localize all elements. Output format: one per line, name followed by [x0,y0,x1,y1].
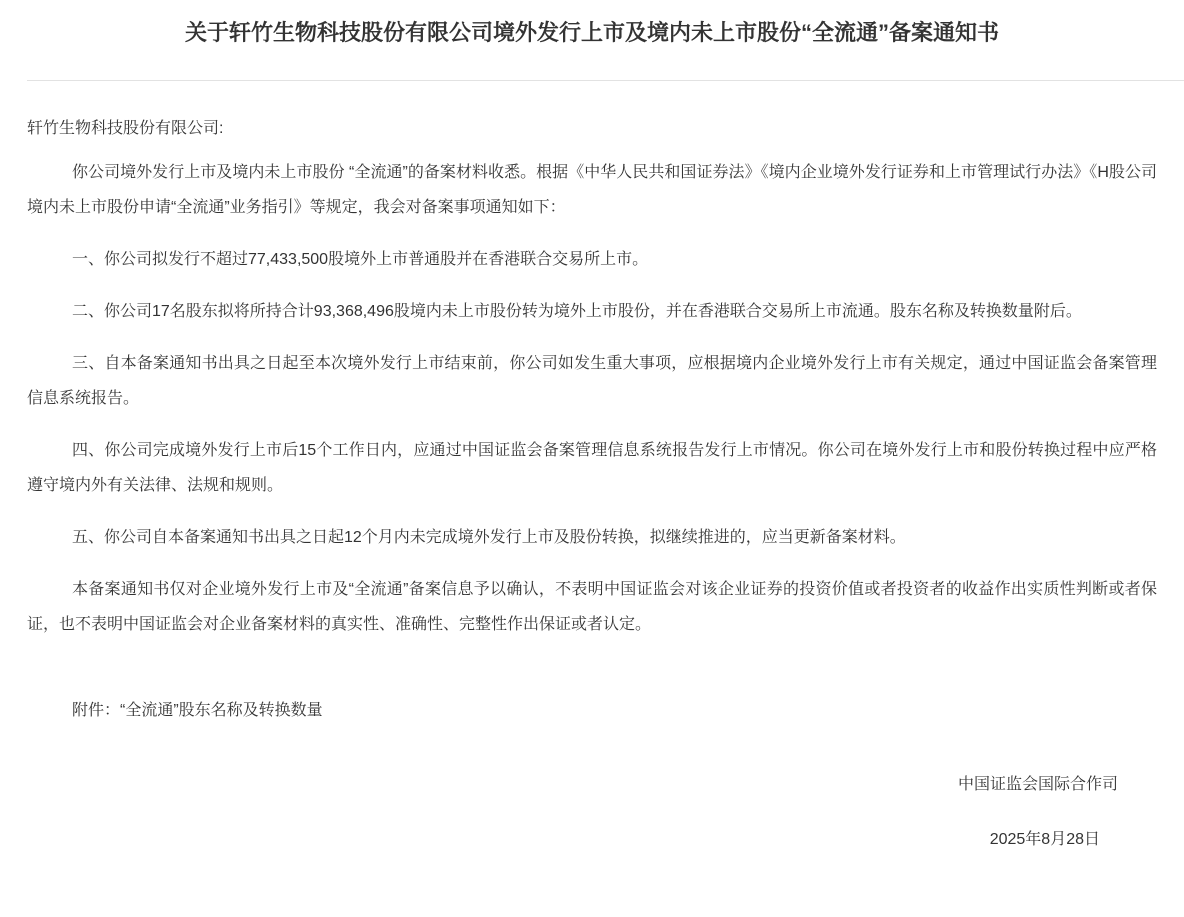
issue-date: 2025年8月28日 [27,822,1100,857]
item-5-paragraph: 五、你公司自本备案通知书出具之日起12个月内未完成境外发行上市及股份转换，拟继续… [27,520,1157,555]
document-body: 轩竹生物科技股份有限公司: 你公司境外发行上市及境内未上市股份 “全流通”的备案… [0,81,1184,857]
closing-paragraph: 本备案通知书仅对企业境外发行上市及“全流通”备案信息予以确认，不表明中国证监会对… [27,572,1157,642]
notice-document: 关于轩竹生物科技股份有限公司境外发行上市及境内未上市股份“全流通”备案通知书 轩… [0,0,1184,917]
attachment-note: 附件：“全流通”股东名称及转换数量 [27,693,1157,728]
addressee-line: 轩竹生物科技股份有限公司: [27,111,1157,146]
item-3-paragraph: 三、自本备案通知书出具之日起至本次境外发行上市结束前，你公司如发生重大事项，应根… [27,346,1157,416]
issuer-signature: 中国证监会国际合作司 [27,767,1118,802]
item-2-paragraph: 二、你公司17名股东拟将所持合计93,368,496股境内未上市股份转为境外上市… [27,294,1157,329]
document-title: 关于轩竹生物科技股份有限公司境外发行上市及境内未上市股份“全流通”备案通知书 [0,0,1184,46]
item-1-paragraph: 一、你公司拟发行不超过77,433,500股境外上市普通股并在香港联合交易所上市… [27,242,1157,277]
intro-paragraph: 你公司境外发行上市及境内未上市股份 “全流通”的备案材料收悉。根据《中华人民共和… [27,155,1157,225]
item-4-paragraph: 四、你公司完成境外发行上市后15个工作日内，应通过中国证监会备案管理信息系统报告… [27,433,1157,503]
